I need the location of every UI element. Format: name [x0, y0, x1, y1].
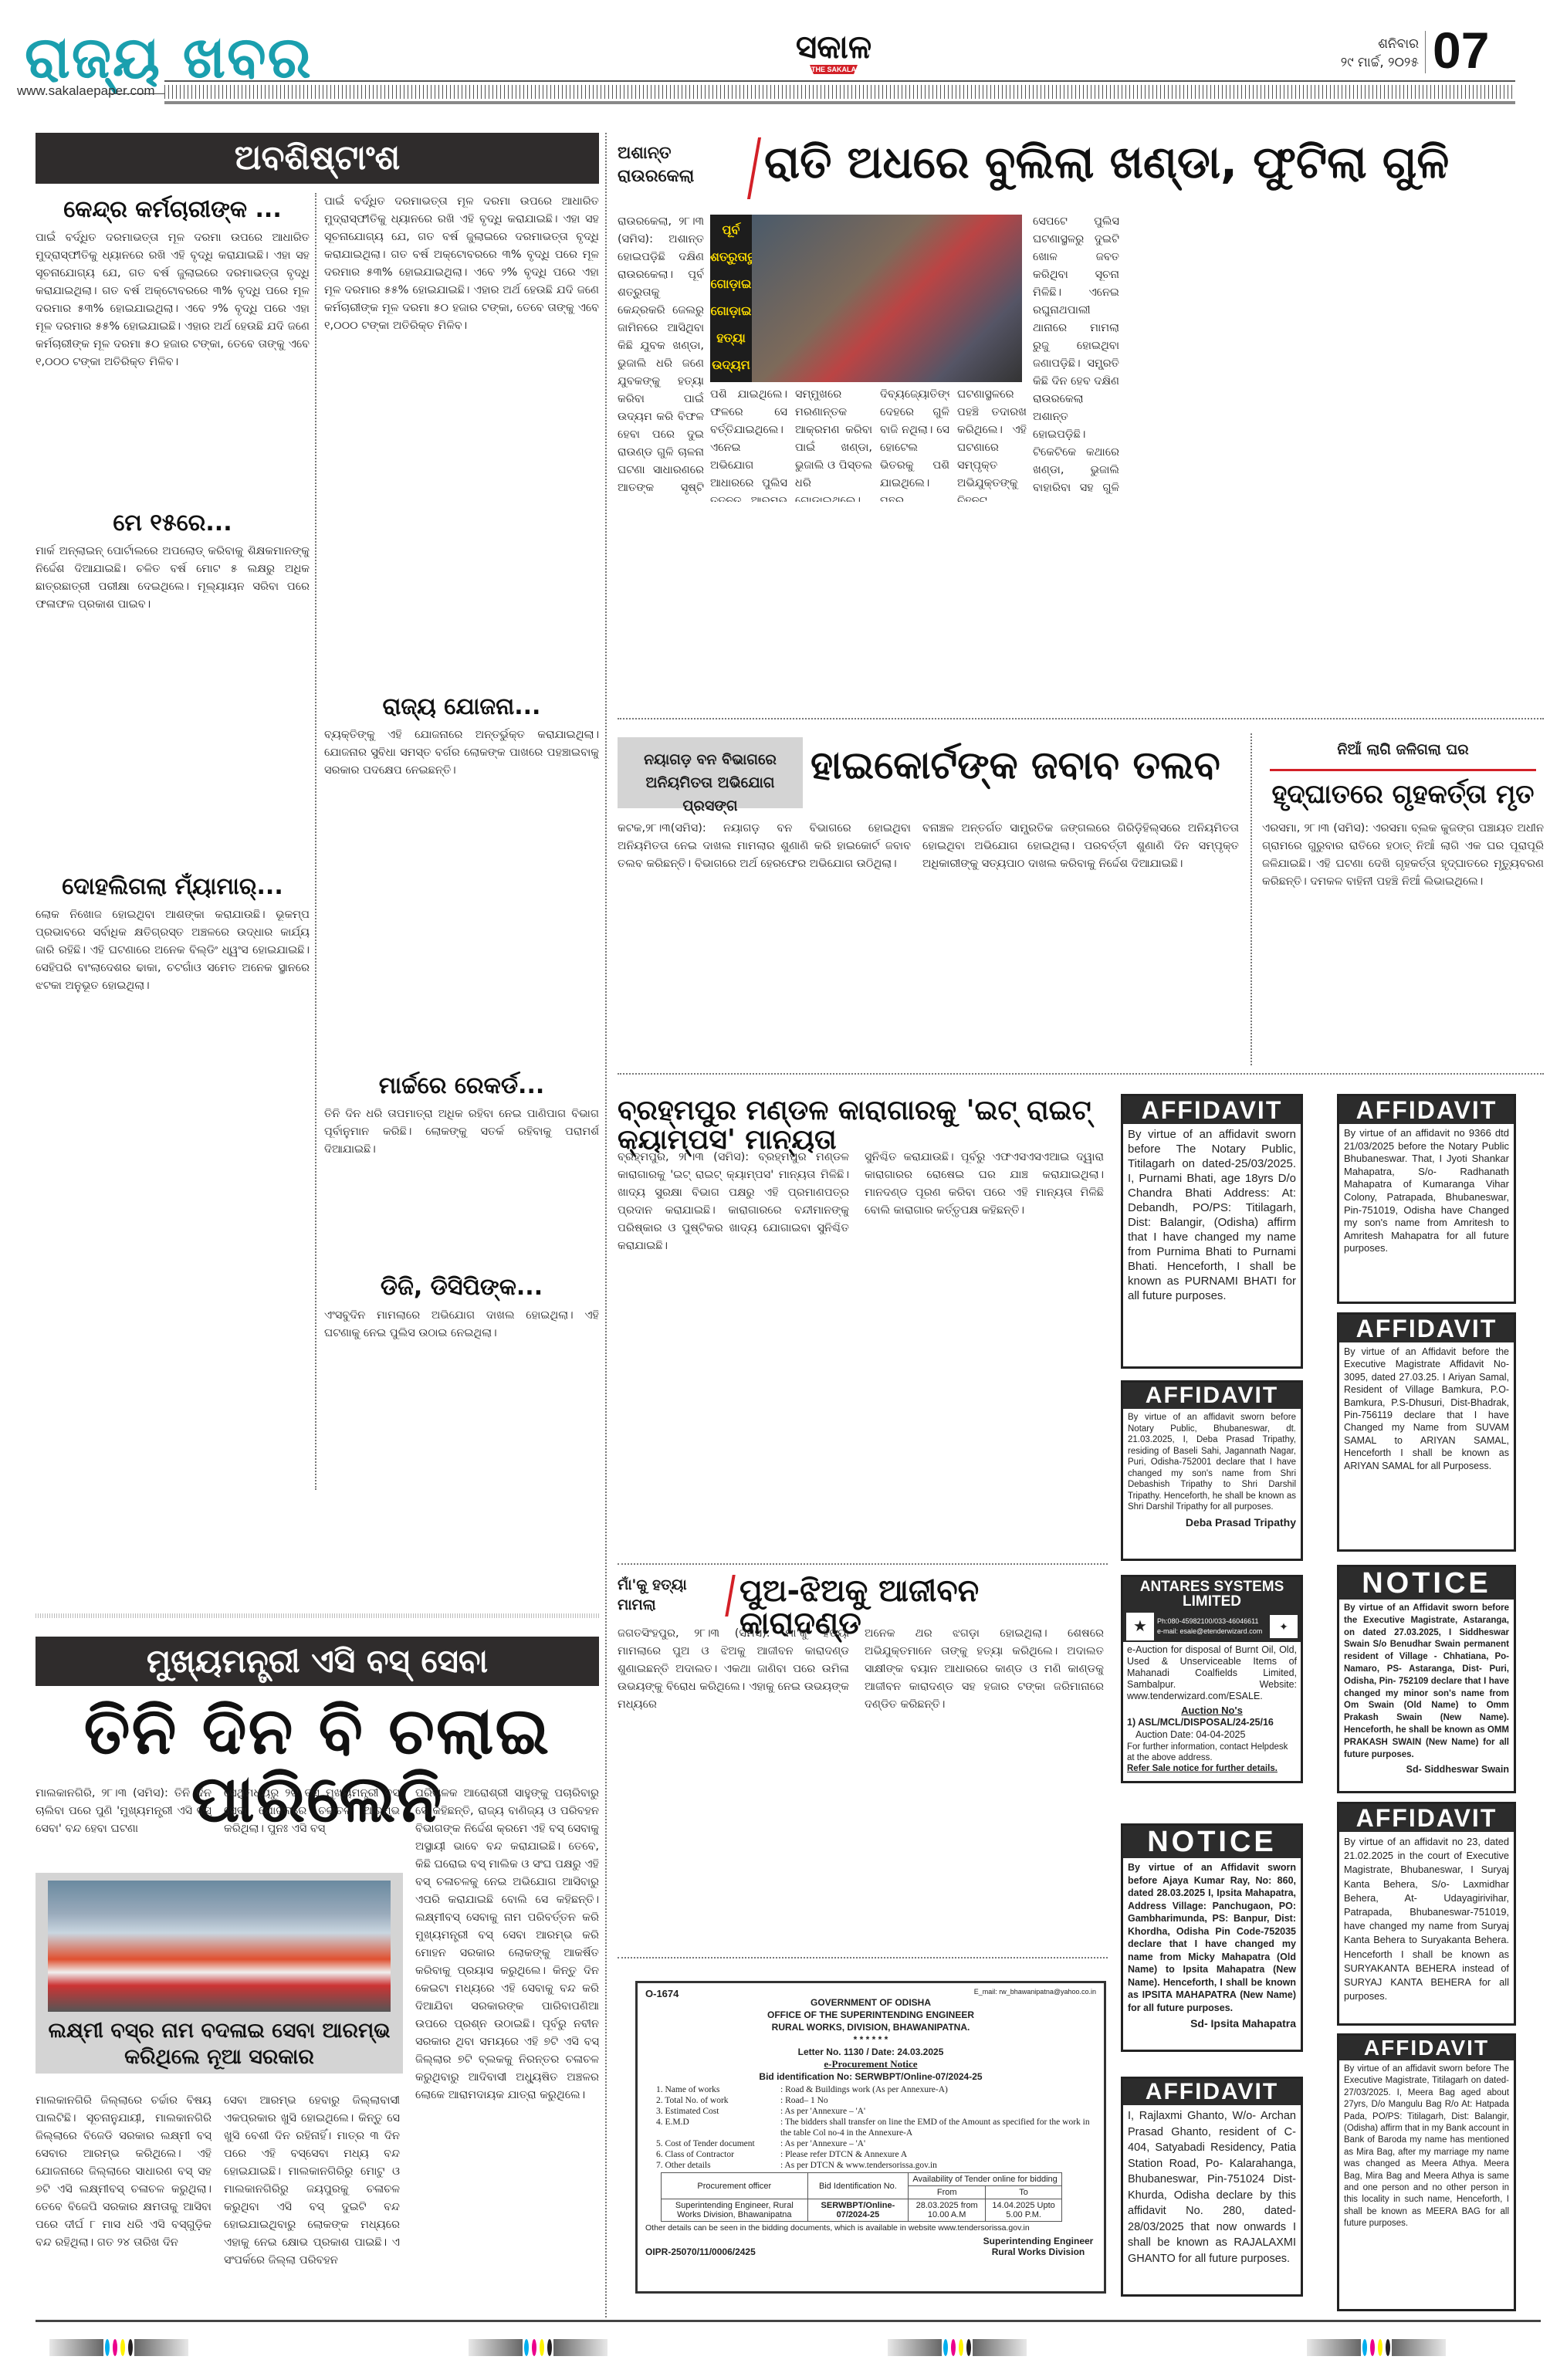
- notice-email[interactable]: E_mail: rw_bhawanipatna@yahoo.co.in: [974, 1988, 1096, 1999]
- item-value: : As per 'Annexure – 'A': [780, 2106, 1096, 2117]
- caption-line: ଗୋଡ଼ାଇ: [710, 297, 752, 324]
- article-text: ପଶି ଯାଇଥିଲେ। ଫଳରେ ସେ ବର୍ତ୍ତିଯାଇଥିଲେ। ଏନେ…: [710, 386, 787, 502]
- table-cell: 14.04.2025 Upto 5.00 P.M.: [986, 2199, 1062, 2222]
- ad-type: AFFIDAVIT: [1339, 1315, 1514, 1342]
- kicker-line: ମାଁ'କୁ ହତ୍ୟା: [618, 1575, 726, 1595]
- yellow-swatch: [540, 2339, 544, 2356]
- website-link[interactable]: www.sakalaepaper.com: [17, 83, 155, 99]
- ad-type: AFFIDAVIT: [1123, 2079, 1301, 2105]
- notice-ad: NOTICE By virtue of an Affidavit sworn b…: [1121, 1823, 1303, 2052]
- subhead: ମେ ୧୫ରେ...: [36, 510, 310, 537]
- affidavit-ad: AFFIDAVIT By virtue of an affidavit swor…: [1337, 2033, 1516, 2311]
- date: ୨୯ ମାର୍ଚ୍ଚ, ୨୦୨୫: [1341, 53, 1419, 72]
- highcourt-kicker: ନୟାଗଡ଼ ବନ ବିଭାଗରେ ଅନିୟମିତତା ଅଭିଯୋଗ ପ୍ରସଙ…: [618, 737, 803, 808]
- caption-line: ଗୋଡ଼ାଇ: [710, 270, 752, 297]
- magenta-swatch: [532, 2339, 536, 2356]
- bus-story-banner: ମୁଖ୍ୟମନ୍ତ୍ରୀ ଏସି ବସ୍ ସେବା: [36, 1637, 599, 1686]
- item-value: : Please refer DTCN & Annexure A: [780, 2149, 1096, 2160]
- section-divider: [618, 718, 1544, 719]
- article-text: ବ୍ରହ୍ମପୁର, ୨୮।୩ (ସମିସ): ବ୍ରହ୍ମପୁର ମଣ୍ଡଳ …: [618, 1149, 849, 1550]
- jail-headline: ବ୍ରହ୍ମପୁର ମଣ୍ଡଳ କାରାଗାରକୁ 'ଇଟ୍ ରାଇଟ୍ କ୍ୟ…: [618, 1096, 1112, 1155]
- section-divider: [36, 1613, 599, 1618]
- article-text: କଟକ,୨୮।୩(ସମିସ): ନୟାଗଡ଼ ବନ ବିଭାଗରେ ହୋଇଥିବ…: [618, 820, 911, 1059]
- notice-signature: Superintending Engineer Rural Works Divi…: [980, 2236, 1096, 2257]
- masthead-rule-bottom: [164, 101, 1515, 104]
- ad-body: e-Auction for disposal of Burnt Oil, Old…: [1123, 1642, 1301, 1705]
- item-label: 3. Estimated Cost: [645, 2106, 780, 2117]
- magenta-swatch: [113, 2339, 117, 2356]
- ad-signature: Deba Prasad Tripathy: [1123, 1516, 1301, 1532]
- column-divider: [605, 133, 607, 2317]
- section-divider: [618, 1563, 1108, 1565]
- tender-table: Procurement officer Bid Identification N…: [661, 2172, 1062, 2222]
- photo-caption-box: ପୂର୍ବ ଶତ୍ରୁତାରୁ ଗୋଡ଼ାଇ ଗୋଡ଼ାଇ ହତ୍ୟା ଉଦ୍ୟ…: [710, 215, 752, 382]
- notice-line: OFFICE OF THE SUPERINTENDING ENGINEER: [645, 2009, 1096, 2021]
- date-block: ଶନିବାର ୨୯ ମାର୍ଚ୍ଚ, ୨୦୨୫: [1341, 35, 1419, 72]
- column-divider: [315, 193, 316, 1490]
- auction-refer: Refer Sale notice for further details.: [1123, 1764, 1301, 1773]
- subhead: ରାଜ୍ୟ ଯୋଜନା...: [324, 693, 599, 720]
- cyan-swatch: [524, 2339, 529, 2356]
- masthead-rule-ticks: [164, 85, 1515, 99]
- kicker-line: ଅଶାନ୍ତ: [618, 142, 679, 165]
- article-text: ପାଇଁ ବର୍ଦ୍ଧିତ ଦରମାଭତ୍ତା ମୂଳ ଦରମା ଉପରେ ଆଧ…: [36, 229, 310, 503]
- column-divider: [1250, 733, 1252, 1065]
- lead-kicker: ଅଶାନ୍ତ ରାଉରକେଲା: [618, 142, 679, 188]
- ad-body: By virtue of an affidavit sworn before T…: [1123, 1124, 1301, 1306]
- section-divider: [618, 1957, 1108, 1959]
- article-text: ପାଇଁ ବର୍ଦ୍ଧିତ ଦରମାଭତ୍ତା ମୂଳ ଦରମା ଉପରେ ଆଧ…: [324, 193, 599, 687]
- cyan-swatch: [943, 2339, 948, 2356]
- divider: [1425, 31, 1426, 73]
- print-color-bar: [49, 2339, 188, 2356]
- item-label: 6. Class of Contractor: [645, 2149, 780, 2160]
- table-header: Availability of Tender online for biddin…: [909, 2173, 1062, 2186]
- caption-line: ଶତ୍ରୁତାରୁ: [710, 243, 752, 270]
- day: ଶନିବାର: [1341, 35, 1419, 53]
- article-text: ସମ୍ମୁଖରେ ମରଣାନ୍ତକ ଆକ୍ରମଣ କରିବା ପାଇଁ ଖଣ୍ଡ…: [795, 386, 872, 502]
- ad-signature: Sd- Siddheswar Swain: [1339, 1764, 1514, 1778]
- notice-ref: O-1674: [645, 1988, 679, 1999]
- article-text: ରାଉରକେଲା, ୨୮।୩ (ସମିସ): ଅଶାନ୍ତ ହୋଇପଡ଼ିଛି …: [618, 213, 704, 499]
- article-text: ଜଗତସିଂହପୁର, ୨୮।୩ (ସମିସ): ମା'କୁ ହତ୍ୟା ମାମ…: [618, 1625, 849, 1934]
- notice-title: e-Procurement Notice: [645, 2058, 1096, 2070]
- photo-caption: ଲକ୍ଷ୍ମୀ ବସ୍‌ର ନାମ ବଦଳାଇ ସେବା ଆରମ୍ଭ କରିଥି…: [43, 2018, 395, 2070]
- divider: [108, 93, 170, 94]
- red-slash: [747, 137, 761, 199]
- ad-email[interactable]: e-mail: esale@etenderwizard.com: [1157, 1627, 1267, 1637]
- article-text: ଘଟଣାସ୍ଥଳରେ ପହଞ୍ଚି ତଦାରଖ କରିଥିଲେ। ଏହି ଘଟଣ…: [957, 386, 1027, 502]
- ad-body: By virtue of an affidavit no 23, dated 2…: [1339, 1832, 1514, 2006]
- ad-body: I, Rajlaxmi Ghanto, W/o- Archan Prasad G…: [1123, 2105, 1301, 2270]
- affidavit-ad: AFFIDAVIT By virtue of an affidavit swor…: [1121, 1380, 1303, 1561]
- article-text: ଏରସମା, ୨୮।୩ (ସମିସ): ଏରସମା ବ୍ଲକ କୁଜଙ୍ଗ ପଞ…: [1262, 820, 1544, 1059]
- ad-body: By virtue of an affidavit sworn before N…: [1123, 1409, 1301, 1516]
- article-text: ସେଥିମଧ୍ୟରୁ ୨ଟି ବସ୍ ମୁଖ୍ୟମନ୍ତ୍ରୀ ବସ୍ ସେବା…: [224, 1785, 400, 1871]
- article-text: ଦିବ୍ୟଜ୍ୟୋତିଙ୍କ ଦେହରେ ଗୁଳି ବାଜି ନଥିଲା। ସେ…: [880, 386, 949, 502]
- item-label: 7. Other details: [645, 2160, 780, 2171]
- ad-type: AFFIDAVIT: [1123, 1383, 1301, 1409]
- ad-body: By virtue of an affidavit no 9366 dtd 21…: [1339, 1124, 1514, 1258]
- item-value: : The bidders shall transfer on line the…: [780, 2117, 1096, 2138]
- cyan-swatch: [105, 2339, 110, 2356]
- lead-headline: ରାତି ଅଧରେ ବୁଲିଲା ଖଣ୍ଡା, ଫୁଟିଲା ଗୁଳି: [764, 139, 1544, 186]
- subhead: କେନ୍ଦ୍ର କର୍ମଚାରୀଙ୍କ ...: [36, 196, 310, 223]
- table-header: Procurement officer: [662, 2173, 808, 2199]
- auction-date: Auction Date: 04-04-2025: [1123, 1728, 1301, 1741]
- ad-signature: Sd- Ipsita Mahapatra: [1123, 2017, 1301, 2033]
- table-cell: 28.03.2025 from 10.00 A.M: [909, 2199, 986, 2222]
- ad-type: NOTICE: [1339, 1567, 1514, 1600]
- ad-body: By virtue of an affidavit sworn before T…: [1339, 2060, 1514, 2233]
- highcourt-headline: ହାଇକୋର୍ଟଙ୍କ ଜବାବ ତଲବ: [811, 745, 1243, 786]
- article-text: ମାଲକାନଗିରି ଜିଲ୍ଲାରେ ଚର୍ଚ୍ଚାର ବିଷୟ ପାଲଟିଛ…: [36, 2092, 212, 2305]
- caption-line: ହତ୍ୟା: [710, 324, 752, 351]
- ad-contact-bar: ★ Ph:080-45982100/033-46046611 e-mail: e…: [1123, 1611, 1301, 1642]
- yellow-swatch: [959, 2339, 963, 2356]
- section-title: ରାଜ୍ୟ ଖବର: [25, 29, 313, 86]
- affidavit-ad: AFFIDAVIT By virtue of an affidavit no 2…: [1337, 1802, 1516, 2026]
- kicker-line: ରାଉରକେଲା: [618, 165, 679, 188]
- tender-wizard-logo-icon: ✦: [1270, 1615, 1298, 1638]
- subhead: ଡିଜି, ଡିସିପିଙ୍କ...: [324, 1274, 599, 1301]
- affidavit-ad: AFFIDAVIT By virtue of an affidavit no 9…: [1337, 1094, 1516, 1304]
- item-label: 1. Name of works: [645, 2084, 780, 2095]
- item-label: 2. Total No. of work: [645, 2095, 780, 2106]
- article-text: ମାଲକାନଗିରି, ୨୮।୩ (ସମିସ): ତିନି ଦିନ ଚାଲିବା…: [36, 1785, 212, 1871]
- ad-type: AFFIDAVIT: [1339, 1096, 1514, 1124]
- fire-kicker: ନିଆଁ ଲାଗି ଜଳିଗଲା ଘର: [1262, 741, 1544, 758]
- section-divider: [618, 1073, 1544, 1075]
- table-header: From: [909, 2186, 986, 2199]
- item-label: 4. E.M.D: [645, 2117, 780, 2138]
- ad-type: AFFIDAVIT: [1339, 2036, 1514, 2060]
- black-swatch: [1386, 2339, 1390, 2356]
- notice-footer: Other details can be seen in the bidding…: [645, 2223, 1096, 2233]
- tender-notice: O-1674 E_mail: rw_bhawanipatna@yahoo.co.…: [635, 1981, 1106, 2294]
- article-text: ଲୋକ ନିଖୋଜ ହୋଇଥିବା ଆଶଙ୍କା କରାଯାଉଛି। ଭୂକମ୍…: [36, 906, 310, 1447]
- brand-name: ସକାଳ: [795, 31, 872, 63]
- notice-letter: Letter No. 1130 / Date: 24.03.2025: [645, 2046, 1096, 2058]
- page-bottom-rule: [36, 2320, 1541, 2322]
- ad-body: By virtue of an Affidavit sworn before t…: [1339, 1600, 1514, 1764]
- article-text: ପରିଚାଳକ ଆରୋଶ୍ରୀ ସାହୁଙ୍କୁ ପଚାରିବାରୁ ସେ କହ…: [415, 1785, 599, 2302]
- auction-heading: Auction No's: [1123, 1705, 1301, 1716]
- page-number: 07: [1433, 25, 1489, 76]
- ad-phone: Ph:080-45982100/033-46046611: [1157, 1617, 1267, 1627]
- print-color-bar: [469, 2339, 607, 2356]
- ad-body: By virtue of an Affidavit sworn before A…: [1123, 1858, 1301, 2017]
- article-text: ସେପଟେ ପୁଲିସ ଘଟଣାସ୍ଥଳରୁ ଦୁଇଟି ଖୋଳ ଜବତ କରି…: [1033, 213, 1119, 499]
- notice-items: 1. Name of works: Road & Buildings work …: [645, 2084, 1096, 2171]
- notice-stars: * * * * * *: [645, 2033, 1096, 2046]
- article-text: ବନାଞ୍ଚଳ ଅନ୍ତର୍ଗତ ସାମ୍ପ୍ରତିକ ଜଙ୍ଗଲରେ ଗିରି…: [922, 820, 1239, 1059]
- subhead: ଦୋହଲିଗଲା ମ୍ୟାଁମାର୍...: [36, 873, 310, 900]
- table-row: Superintending Engineer, Rural Works Div…: [662, 2199, 1062, 2222]
- caption-line: ଉଦ୍ୟମ: [710, 351, 752, 378]
- article-text: ତିନି ଦିନ ଧରି ତାପମାତ୍ରା ଅଧିକ ରହିବା ନେଇ ପା…: [324, 1105, 599, 1268]
- newspaper-logo: ସକାଳ THE SAKALA: [795, 31, 872, 74]
- star-logo-icon: ★: [1126, 1613, 1154, 1640]
- item-value: : Road & Buildings work (As per Annexure…: [780, 2084, 1096, 2095]
- ad-type: AFFIDAVIT: [1339, 1804, 1514, 1832]
- brand-tagline: THE SAKALA: [810, 65, 858, 74]
- notice-bid-id: Bid identification No: SERWBPT/Online-07…: [645, 2070, 1096, 2083]
- table-cell: SERWBPT/Online-07/2024-25: [807, 2199, 909, 2222]
- table-cell: Superintending Engineer, Rural Works Div…: [662, 2199, 808, 2222]
- bus-photo: [48, 1881, 391, 2012]
- auction-contact: For further information, contact Helpdes…: [1123, 1741, 1301, 1764]
- ad-body: By virtue of an Affidavit before the Exe…: [1339, 1342, 1514, 1475]
- black-swatch: [128, 2339, 133, 2356]
- affidavit-ad: AFFIDAVIT By virtue of an Affidavit befo…: [1337, 1312, 1516, 1552]
- caption-line: ପୂର୍ବ: [710, 216, 752, 243]
- article-text: ବ୍ୟକ୍ତିଙ୍କୁ ଏହି ଯୋଜନାରେ ଅନ୍ତର୍ଭୁକ୍ତ କରାଯ…: [324, 726, 599, 1066]
- table-header: Bid Identification No.: [807, 2173, 909, 2199]
- masthead-rule: [164, 80, 1515, 82]
- item-value: : Road– 1 No: [780, 2095, 1096, 2106]
- fire-headline: ହୃଦ୍‌ଘାତରେ ଗୃହକର୍ତ୍ତା ମୃତ: [1262, 781, 1544, 809]
- article-text: ସେବା ଆରମ୍ଭ ହେବାରୁ ଜିଲ୍ଲାବାସୀ ଏକପ୍ରକାର ଖୁ…: [224, 2092, 400, 2305]
- kicker-line: ମାମଲା: [618, 1595, 726, 1615]
- article-text: ଏଂସବୁଦିନ ମାମଲାରେ ଅଭିଯୋଗ ଦାଖଲ ହୋଇଥିଲା। ଏହ…: [324, 1307, 599, 1477]
- yellow-swatch: [1378, 2339, 1382, 2356]
- remainder-banner: ଅବଶିଷ୍ଟାଂଶ: [36, 133, 599, 184]
- oipr-number: OIPR-25070/11/0006/2425: [645, 2246, 756, 2257]
- ad-type: AFFIDAVIT: [1123, 1096, 1301, 1124]
- black-swatch: [547, 2339, 552, 2356]
- lead-photo: [752, 215, 1022, 382]
- article-text: ଅନେକ ଥର ଝଗଡ଼ା ହୋଇଥିଲା। ଶେଷରେ ଅଭିଯୁକ୍ତମାନ…: [865, 1625, 1104, 1934]
- print-color-bar: [1307, 2339, 1446, 2356]
- article-text: ସୁନିଶ୍ଚିତ କରାଯାଉଛି। ପୂର୍ବରୁ ଏଫଏସଏସଏଆଇ ଦ୍…: [865, 1149, 1104, 1550]
- magenta-swatch: [951, 2339, 956, 2356]
- notice-ad: NOTICE By virtue of an Affidavit sworn b…: [1337, 1565, 1516, 1793]
- murder-kicker: ମାଁ'କୁ ହତ୍ୟା ମାମଲା: [618, 1575, 726, 1615]
- magenta-swatch: [1370, 2339, 1375, 2356]
- ad-type: NOTICE: [1123, 1826, 1301, 1858]
- item-value: : As per 'Annexure – 'A': [780, 2138, 1096, 2149]
- affidavit-ad: AFFIDAVIT By virtue of an affidavit swor…: [1121, 1094, 1303, 1369]
- subhead: ମାର୍ଚ୍ଚରେ ରେକର୍ଡ...: [324, 1072, 599, 1099]
- ad-company: ANTARES SYSTEMS LIMITED: [1123, 1577, 1301, 1611]
- print-color-bar: [888, 2339, 1027, 2356]
- affidavit-ad: AFFIDAVIT I, Rajlaxmi Ghanto, W/o- Archa…: [1121, 2077, 1303, 2297]
- item-label: 5. Cost of Tender document: [645, 2138, 780, 2149]
- cyan-swatch: [1362, 2339, 1367, 2356]
- yellow-swatch: [120, 2339, 125, 2356]
- notice-line: RURAL WORKS, DIVISION, BHAWANIPATNA.: [645, 2021, 1096, 2033]
- article-text: ମାର୍କ ଅନ୍ଲାଇନ୍ ପୋର୍ଟାଲରେ ଅପଲୋଡ୍ କରିବାକୁ …: [36, 543, 310, 867]
- antares-auction-ad: ANTARES SYSTEMS LIMITED ★ Ph:080-4598210…: [1121, 1575, 1303, 1783]
- red-slash: [725, 1575, 736, 1617]
- red-underline: [1270, 769, 1536, 771]
- item-value: : As per DTCN & www.tendersorissa.gov.in: [780, 2160, 1096, 2171]
- remainder-column-2: ପାଇଁ ବର୍ଦ୍ଧିତ ଦରମାଭତ୍ତା ମୂଳ ଦରମା ଉପରେ ଆଧ…: [324, 193, 599, 1490]
- auction-number: 1) ASL/MCL/DISPOSAL/24-25/16: [1123, 1716, 1301, 1728]
- remainder-column-1: କେନ୍ଦ୍ର କର୍ମଚାରୀଙ୍କ ... ପାଇଁ ବର୍ଦ୍ଧିତ ଦର…: [36, 193, 310, 1474]
- table-header: To: [986, 2186, 1062, 2199]
- black-swatch: [966, 2339, 971, 2356]
- bus-photo-box: ଲକ୍ଷ୍ମୀ ବସ୍‌ର ନାମ ବଦଳାଇ ସେବା ଆରମ୍ଭ କରିଥି…: [36, 1873, 403, 2074]
